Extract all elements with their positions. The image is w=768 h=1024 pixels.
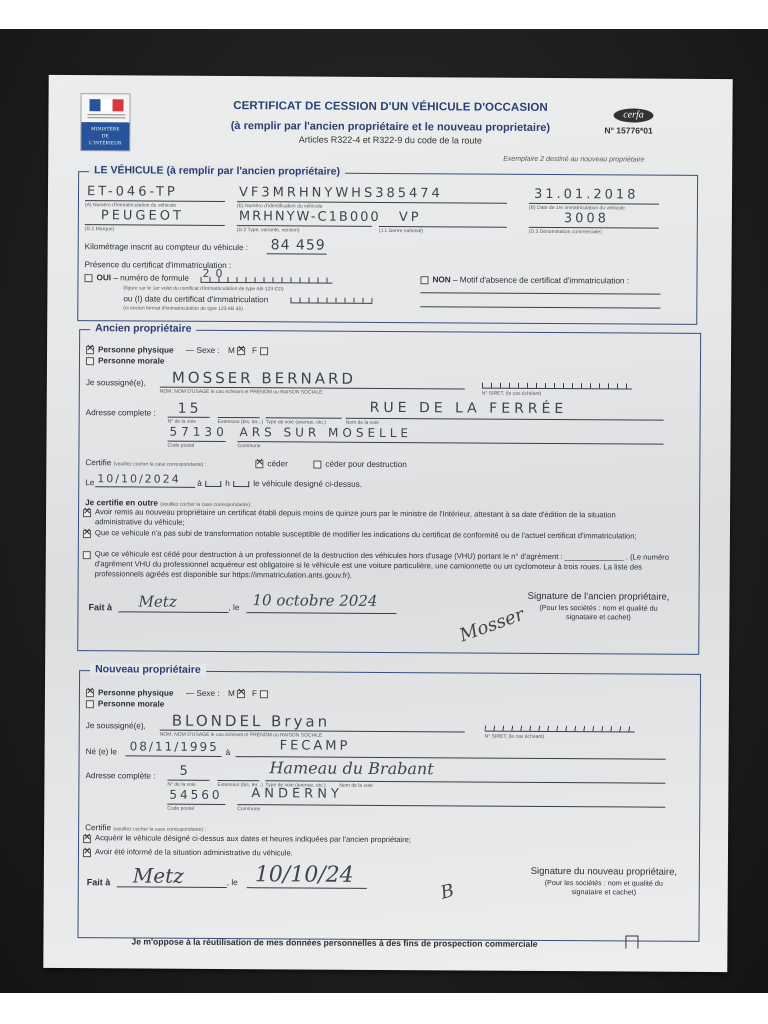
- oui-checkbox[interactable]: [84, 274, 92, 282]
- former-soussigne-label: Je soussigné(e),: [86, 378, 146, 387]
- former-sexe-m-label: M: [228, 346, 235, 355]
- new-owner-title: Nouveau propriétaire: [90, 663, 206, 676]
- new-owner-name[interactable]: BLONDEL Bryan: [172, 712, 330, 731]
- former-personne-morale-label: Personne morale: [98, 356, 164, 365]
- new-declaration-1-checkbox[interactable]: [83, 835, 91, 843]
- type-label: (D.2 Type, variante, version): [237, 227, 300, 233]
- cerfa-form-document: MINISTÈRE DE L'INTÉRIEUR CERTIFICAT DE C…: [43, 75, 732, 972]
- declaration-3-checkbox[interactable]: [83, 551, 91, 559]
- former-street-name[interactable]: RUE DE LA FERRÉE: [370, 400, 568, 417]
- vehicle-section-title: LE VÉHICULE (à remplir par l'ancien prop…: [89, 164, 345, 178]
- republic-motto: [87, 114, 125, 118]
- cession-designe: le véhicule designé ci-dessus.: [253, 479, 362, 489]
- cession-hour-field[interactable]: [205, 481, 221, 487]
- former-owner-title: Ancien propriétaire: [90, 322, 196, 335]
- new-postal-code[interactable]: 54560: [169, 788, 222, 802]
- former-fait-a-value[interactable]: Metz: [138, 592, 176, 610]
- formule-number-field[interactable]: [200, 277, 332, 284]
- new-signature-note: (Pour les sociétés : nom et qualité du s…: [534, 878, 674, 897]
- former-personne-physique-checkbox[interactable]: [86, 346, 94, 354]
- commercial-name-label: (D.3 Dénomination commerciale): [529, 229, 602, 235]
- declaration-3-text: Que ce véhicule est cédé pour destructio…: [95, 549, 685, 583]
- new-personne-morale-checkbox[interactable]: [86, 700, 94, 708]
- former-sexe-f-checkbox[interactable]: [260, 347, 268, 355]
- new-certifie-note: (veuillez cocher la case correspondante)…: [113, 826, 206, 833]
- new-signature[interactable]: B: [438, 880, 456, 904]
- opposition-checkbox[interactable]: [625, 935, 638, 948]
- non-reason-line1[interactable]: [420, 292, 660, 294]
- ou-date-note: (si ancien format d'immatriculation de t…: [123, 305, 243, 312]
- non-reason-line2[interactable]: [420, 306, 660, 308]
- non-checkbox[interactable]: [420, 276, 428, 284]
- first-registration-value[interactable]: 31.01.2018: [534, 187, 639, 203]
- registration-value[interactable]: ET-046-TP: [87, 184, 178, 200]
- new-commune[interactable]: ANDERNY: [251, 786, 343, 802]
- new-sexe-f-label: F: [252, 689, 257, 698]
- new-sexe-f-checkbox[interactable]: [260, 690, 268, 698]
- new-fait-le-value[interactable]: 10/10/24: [255, 862, 354, 888]
- new-fait-a-label: Fait à: [87, 877, 111, 887]
- new-personne-physique-label: Personne physique: [98, 688, 174, 697]
- new-sexe-m-checkbox[interactable]: [237, 690, 245, 698]
- ceder-destruction-label: céder pour destruction: [325, 460, 407, 469]
- former-street-number[interactable]: 15: [178, 401, 202, 417]
- vin-value[interactable]: VF3MRHNYWHS385474: [239, 185, 443, 201]
- oui-label: OUI: [96, 273, 111, 282]
- former-signature-note: (Pour les sociétés : nom et qualité du s…: [528, 603, 668, 622]
- birth-label: Né (e) le: [86, 747, 117, 756]
- new-declaration-1-text: Acquérir le véhicule désigné ci-dessus a…: [95, 833, 655, 846]
- genre-label: (J.1 Genre national): [379, 228, 423, 234]
- former-personne-morale-checkbox[interactable]: [86, 357, 94, 365]
- declaration-2-checkbox[interactable]: [83, 530, 91, 538]
- mileage-label: Kilométrage inscrit au compteur du véhic…: [85, 242, 248, 252]
- declaration-1-text: Avoir remis au nouveau propriétaire un c…: [95, 507, 655, 530]
- former-address-label: Adresse complete :: [86, 408, 156, 417]
- cession-a-label: à: [197, 479, 202, 488]
- new-declaration-2-text: Avoir été informé de la situation admini…: [95, 847, 655, 860]
- former-sexe-m-checkbox[interactable]: [237, 347, 245, 355]
- declaration-2-text: Que ce vehicule n'a pas subi de transfor…: [95, 528, 655, 541]
- former-commune[interactable]: ARS SUR MOSELLE: [240, 425, 413, 440]
- former-owner-name[interactable]: MOSSER BERNARD: [172, 369, 356, 388]
- new-soussigne-label: Je soussigné(e),: [86, 721, 146, 730]
- former-fait-a-label: Fait à: [88, 602, 112, 612]
- new-address-label: Adresse complète :: [85, 771, 155, 780]
- oui-note: (figure sur le 1er volet du certificat d…: [123, 285, 283, 292]
- certifie-outre-label: Je certifie en outre: [85, 498, 158, 507]
- former-certifie-label: Certifie: [85, 458, 111, 467]
- cession-minute-field[interactable]: [233, 481, 249, 487]
- cerfa-number: N° 15776*01: [604, 125, 652, 135]
- cession-h-label: h: [225, 479, 230, 488]
- former-le-label: Le: [85, 478, 94, 487]
- new-sexe-label: — Sexe :: [186, 689, 220, 698]
- cerfa-logo: cerfa: [613, 108, 653, 122]
- oui-text: – numéro de formule: [113, 273, 189, 282]
- former-siret-field[interactable]: [482, 383, 632, 390]
- brand-label: (D.1 Marque): [85, 226, 114, 232]
- former-signature-title: Signature de l'ancien propriétaire,: [499, 591, 699, 603]
- former-name-caption: NOM, NOM D'USAGE le cas échéant et PRÉNO…: [160, 389, 323, 396]
- new-owner-section: Nouveau propriétaire Personne physique —…: [77, 670, 701, 942]
- certificate-date-field[interactable]: [290, 297, 372, 304]
- former-sexe-label: — Sexe :: [186, 346, 220, 355]
- former-postal-code-caption: Code postal: [167, 443, 194, 449]
- former-commune-caption: Commune: [237, 443, 260, 449]
- former-sexe-f-label: F: [252, 346, 257, 355]
- birth-date[interactable]: 08/11/1995: [130, 739, 219, 754]
- ou-date-label: ou (I) date du certificat d'immatriculat…: [123, 294, 268, 304]
- ceder-destruction-checkbox[interactable]: [313, 461, 321, 469]
- former-certifie-note: (veuillez cocher la case correspondante)…: [114, 461, 207, 468]
- new-street-name-caption: Nom de la voie: [339, 783, 372, 789]
- new-siret-caption: N° SIRET, (le cas échéant): [485, 734, 545, 740]
- photo-background: MINISTÈRE DE L'INTÉRIEUR CERTIFICAT DE C…: [0, 29, 768, 993]
- new-postal-code-caption: Code postal: [167, 806, 194, 812]
- birth-a-label: à: [226, 748, 231, 757]
- new-declaration-2-checkbox[interactable]: [83, 849, 91, 857]
- declaration-1-checkbox[interactable]: [83, 509, 91, 517]
- former-personne-physique-label: Personne physique: [98, 345, 174, 354]
- new-personne-morale-label: Personne morale: [98, 699, 164, 708]
- type-value[interactable]: MRHNYW-C1B000: [239, 209, 381, 225]
- former-owner-section: Ancien propriétaire Personne physique — …: [77, 329, 701, 655]
- new-certifie-label: Certifie: [85, 823, 111, 832]
- mileage-value[interactable]: 84 459: [271, 237, 326, 253]
- ceder-label: céder: [267, 459, 288, 468]
- birth-place[interactable]: FECAMP: [280, 738, 351, 753]
- vehicle-section: LE VÉHICULE (à remplir par l'ancien prop…: [77, 171, 698, 325]
- new-le2-label: , le: [227, 878, 238, 887]
- new-sexe-m-label: M: [228, 689, 235, 698]
- new-commune-caption: Commune: [237, 806, 260, 812]
- former-postal-code[interactable]: 57130: [170, 425, 228, 439]
- genre-value[interactable]: VP: [399, 210, 422, 225]
- new-personne-physique-checkbox[interactable]: [86, 689, 94, 697]
- cession-date[interactable]: 10/10/2024: [97, 472, 180, 486]
- new-siret-field[interactable]: [485, 726, 635, 733]
- new-signature-title: Signature du nouveau propriétaire,: [499, 866, 709, 878]
- former-signature[interactable]: Mosser: [457, 604, 527, 646]
- non-text: – Motif d'absence de certificat d'immatr…: [453, 275, 629, 285]
- new-fait-a-value[interactable]: Metz: [133, 863, 184, 887]
- brand-value[interactable]: PEUGEOT: [101, 208, 184, 224]
- former-le2-label: , le: [228, 603, 239, 612]
- non-label: NON: [432, 275, 450, 284]
- commercial-name-value[interactable]: 3008: [564, 211, 609, 226]
- new-street-name[interactable]: Hameau du Brabant: [269, 758, 433, 778]
- copy-note: Exemplaire 2 destiné au nouveau propriét…: [503, 156, 644, 164]
- former-siret-caption: N° SIRET, (le cas échéant): [482, 391, 542, 397]
- former-fait-le-value[interactable]: 10 octobre 2024: [252, 591, 377, 610]
- ceder-checkbox[interactable]: [255, 460, 263, 468]
- new-street-number[interactable]: 5: [179, 764, 190, 779]
- opposition-text: Je m'oppose à la réutilisation de mes do…: [131, 936, 537, 948]
